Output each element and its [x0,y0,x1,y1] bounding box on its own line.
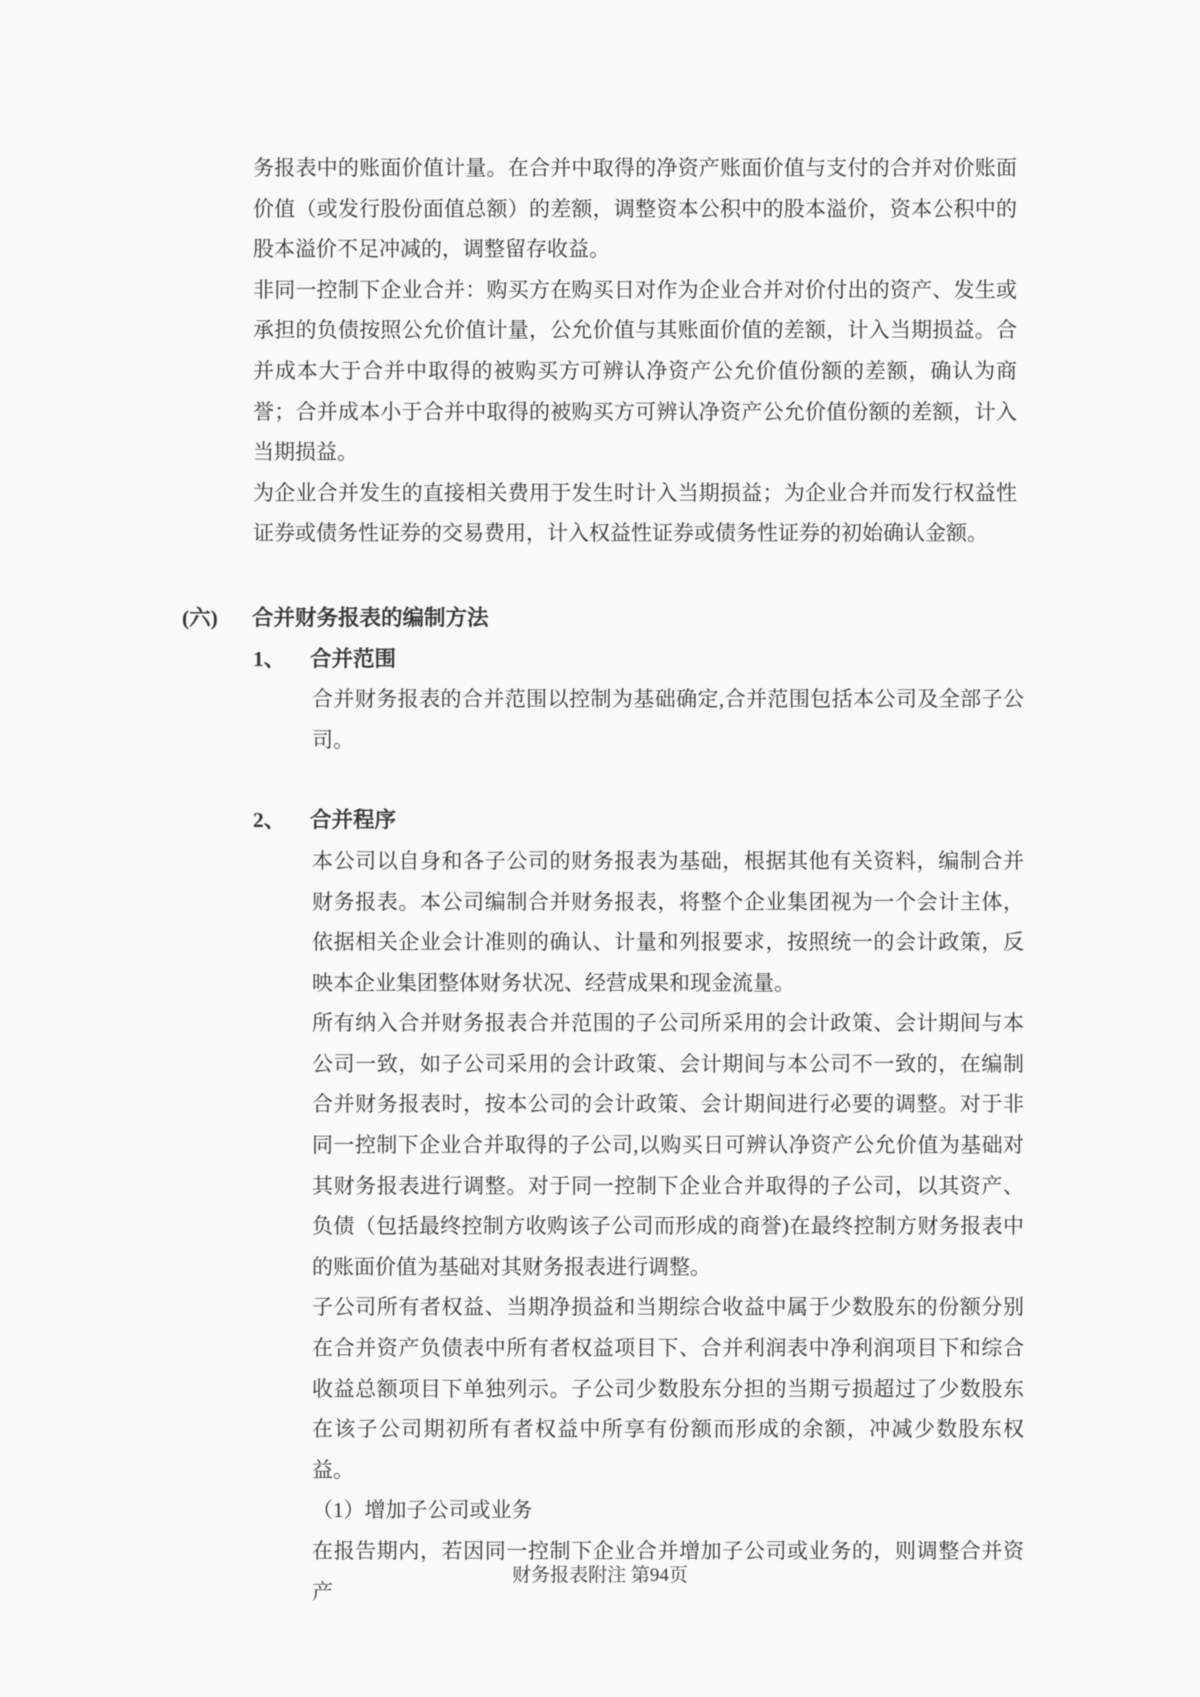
subsection-number: 1、 [253,639,310,680]
footer-text: 财务报表附注 第94页 [512,1565,688,1586]
page-footer: 财务报表附注 第94页 [0,1563,1200,1589]
subsection-heading: 1、 合并范围 [253,639,1200,680]
subsection-heading: 2、 合并程序 [253,800,1200,841]
paragraph-item-1-title: （1）增加子公司或业务 [312,1490,1024,1531]
subsection-title: 合并程序 [310,800,396,841]
paragraph-carryover: 务报表中的账面价值计量。在合并中取得的净资产账面价值与支付的合并对价账面价值（或… [253,148,1017,270]
paragraph-accounting-policy-alignment: 所有纳入合并财务报表合并范围的子公司所采用的会计政策、会计期间与本公司一致，如子… [312,1003,1024,1287]
subsection-consolidation-procedure: 2、 合并程序 本公司以自身和各子公司的财务报表为基础，根据其他有关资料，编制合… [253,800,1200,1612]
subsection-body: 本公司以自身和各子公司的财务报表为基础，根据其他有关资料，编制合并财务报表。本公… [312,841,1024,1612]
paragraph-scope: 合并财务报表的合并范围以控制为基础确定,合并范围包括本公司及全部子公司。 [312,679,1024,760]
subsection-consolidation-scope: 1、 合并范围 合并财务报表的合并范围以控制为基础确定,合并范围包括本公司及全部… [253,639,1200,761]
paragraph-non-common-control-merger: 非同一控制下企业合并：购买方在购买日对作为企业合并对价付出的资产、发生或承担的负… [253,270,1017,473]
subsection-title: 合并范围 [310,639,396,680]
section-heading: (六) 合并财务报表的编制方法 [182,598,1200,639]
subsection-body: 合并财务报表的合并范围以控制为基础确定,合并范围包括本公司及全部子公司。 [312,679,1024,760]
paragraph-merger-costs: 为企业合并发生的直接相关费用于发生时计入当期损益；为企业合并而发行权益性证券或债… [253,473,1017,554]
section-title: 合并财务报表的编制方法 [252,598,489,639]
paragraph-minority-interests: 子公司所有者权益、当期净损益和当期综合收益中属于少数股东的份额分别在合并资产负债… [312,1287,1024,1490]
intro-paragraphs: 务报表中的账面价值计量。在合并中取得的净资产账面价值与支付的合并对价账面价值（或… [253,148,1017,554]
document-page: 务报表中的账面价值计量。在合并中取得的净资产账面价值与支付的合并对价账面价值（或… [0,0,1200,1697]
section-number: (六) [182,598,252,639]
subsection-number: 2、 [253,800,310,841]
paragraph-procedure-basis: 本公司以自身和各子公司的财务报表为基础，根据其他有关资料，编制合并财务报表。本公… [312,841,1024,1003]
